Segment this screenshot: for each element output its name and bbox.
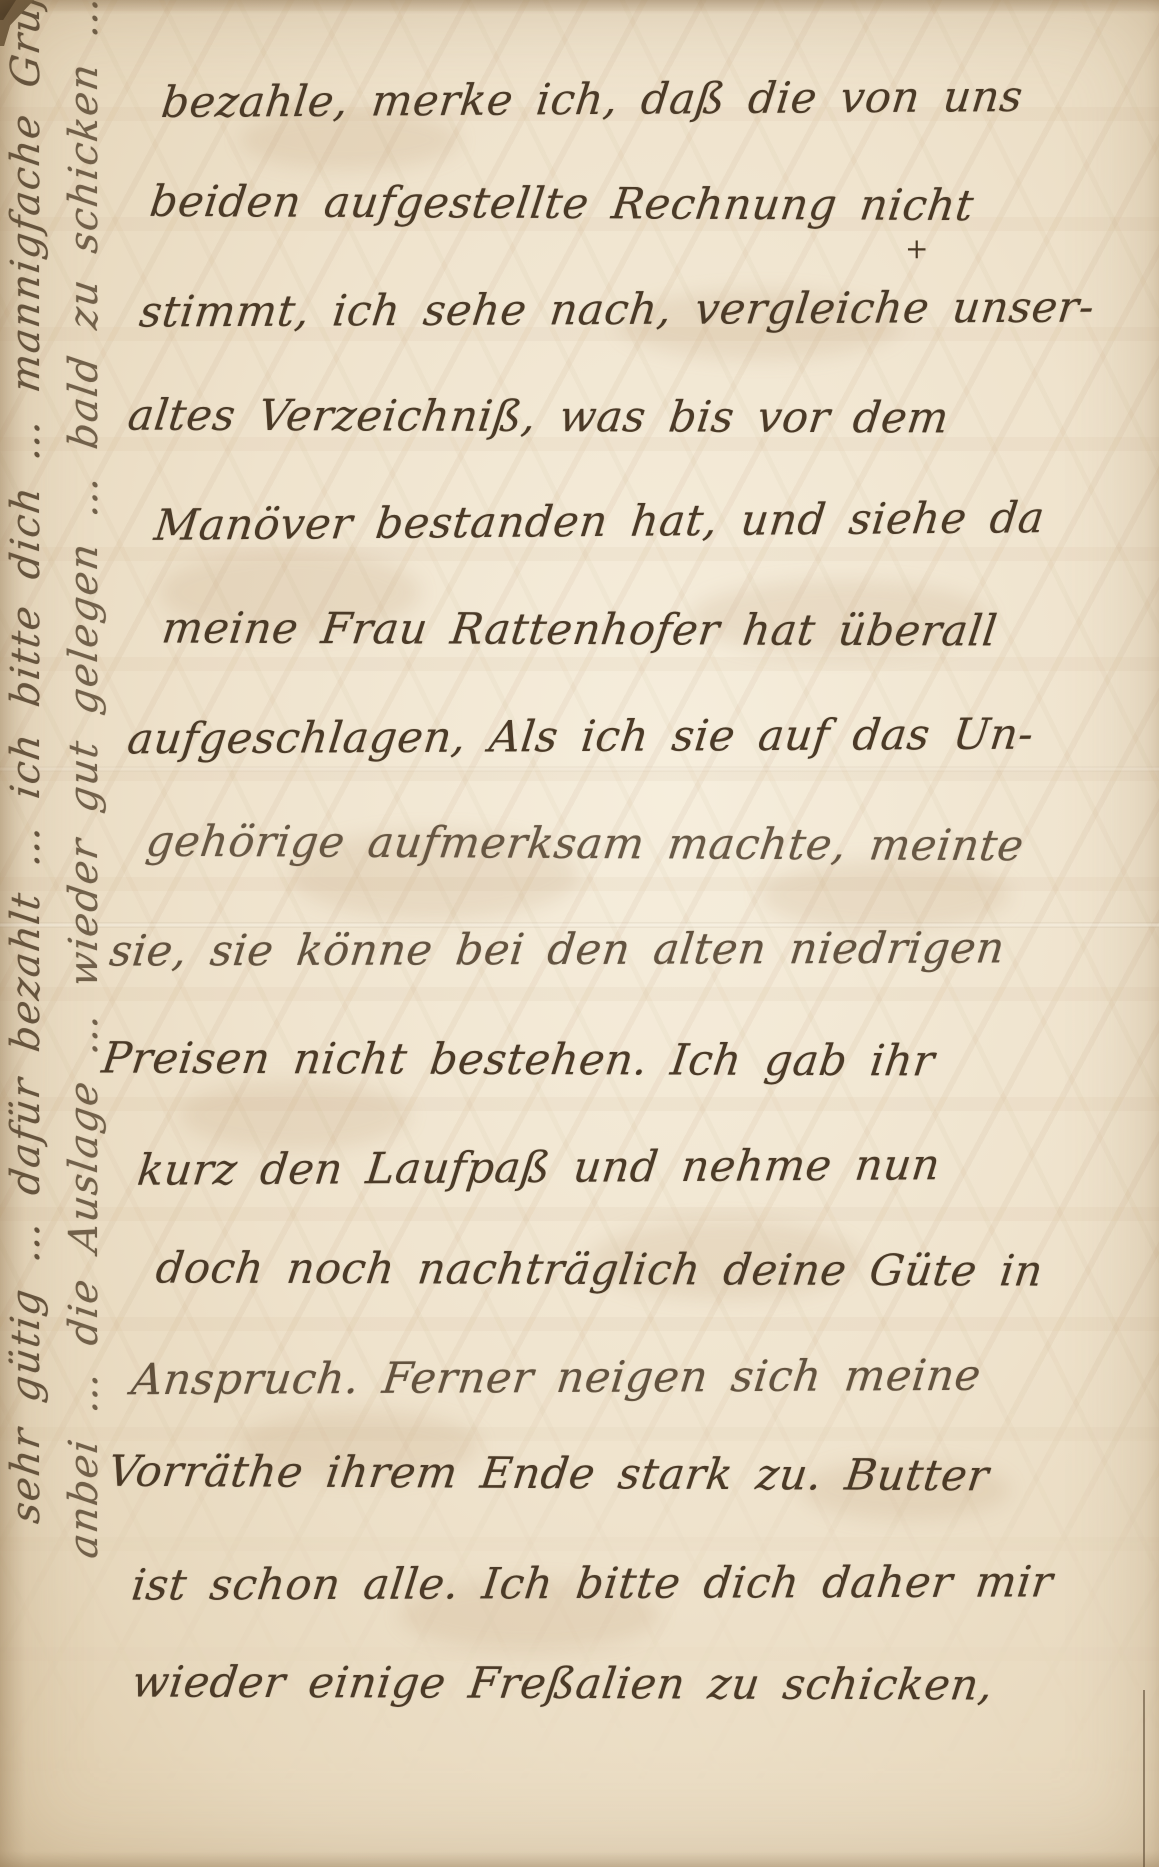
handwritten-line-14: Vorräthe ihrem Ende stark zu. Butter (105, 1450, 991, 1500)
handwritten-line-13: Anspruch. Ferner neigen sich meine (129, 1354, 983, 1404)
handwritten-line-1: bezahle, merke ich, daß die von uns (159, 75, 1025, 126)
page-edge-line (1143, 1690, 1145, 1867)
handwritten-line-12: doch noch nachträglich deine Güte in (153, 1246, 1045, 1294)
insertion-mark: + (905, 232, 928, 265)
handwritten-line-2: beiden aufgestellte Rechnung nicht (147, 180, 976, 229)
handwritten-line-6: meine Frau Rattenhofer hat überall (159, 607, 999, 655)
handwritten-line-4: altes Verzeichniß, was bis vor dem (125, 394, 951, 442)
handwritten-line-9: sie, sie könne bei den alten niedrigen (107, 926, 1007, 974)
fold-crease (0, 766, 1159, 772)
bottom-edge-shadow (0, 1851, 1159, 1867)
margin-note-outer: sehr gütig … dafür bezahlt … ich bitte d… (6, 0, 46, 1526)
handwritten-line-5: Manöver bestanden hat, und siehe da (152, 496, 1047, 549)
handwritten-line-7: aufgeschlagen, Als ich sie auf das Un- (125, 713, 1036, 763)
handwritten-line-3: stimmt, ich sehe nach, vergleiche unser- (137, 286, 1097, 336)
top-edge-shadow (0, 0, 1159, 14)
handwritten-line-16: wieder einige Freßalien zu schicken, (129, 1660, 995, 1708)
handwritten-line-15: ist schon alle. Ich bitte dich daher mir (129, 1560, 1055, 1608)
paper-stain (180, 1080, 410, 1150)
handwritten-line-11: kurz den Laufpaß und nehme nun (135, 1143, 943, 1194)
margin-note-inner: anbei … die Auslage … wieder gut gelegen… (64, 0, 104, 1561)
handwritten-line-8: gehörige aufmerksam machte, meinte (143, 820, 1026, 870)
letter-page: bezahle, merke ich, daß die von uns beid… (0, 0, 1159, 1867)
handwritten-line-10: Preisen nicht bestehen. Ich gab ihr (99, 1037, 937, 1085)
